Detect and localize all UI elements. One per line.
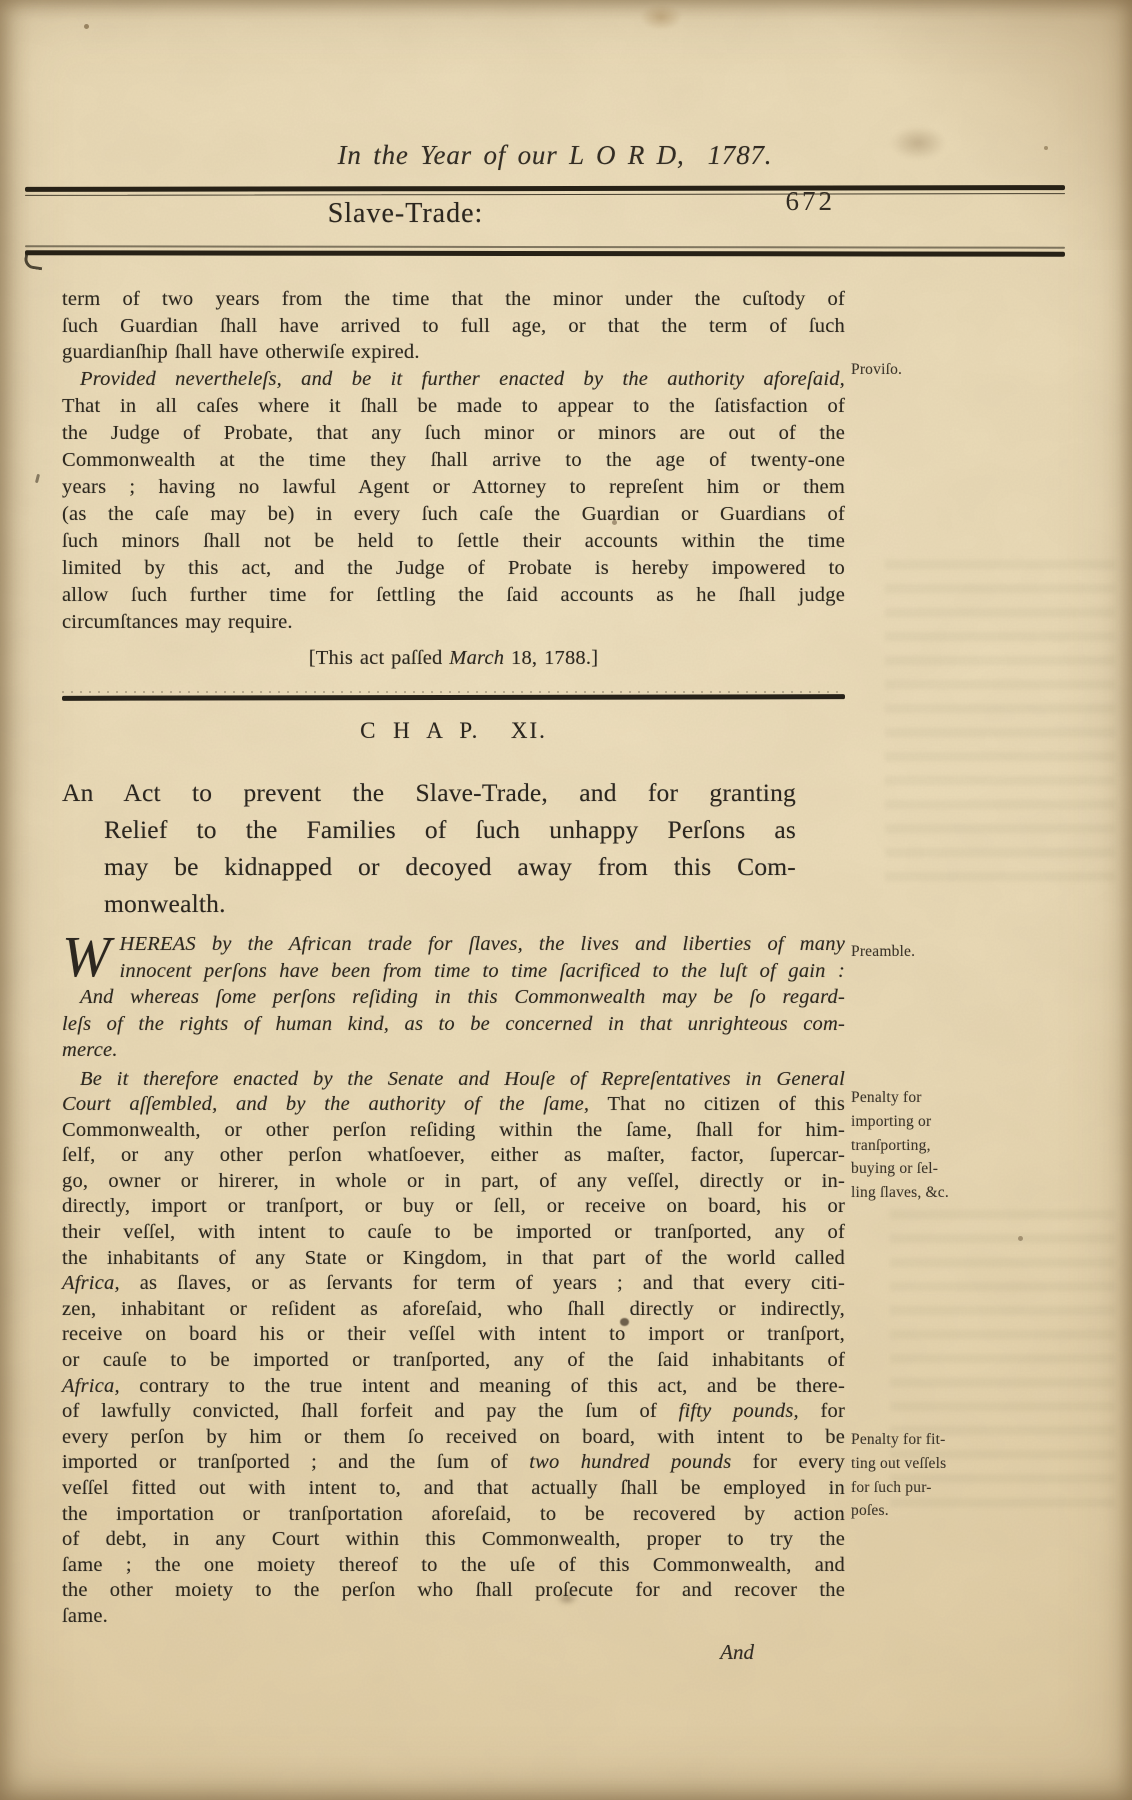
text-line: or cauſe to be imported or tranſported, … — [62, 1348, 845, 1374]
text-line: (as the caſe may be) in every ſuch caſe … — [62, 501, 845, 528]
text-segment: receive on board his or their veſſel wit… — [62, 1323, 845, 1345]
text-line: the inhabitants of any State or Kingdom,… — [62, 1246, 845, 1272]
text-segment: importing or — [851, 1113, 931, 1130]
text-line: Africa, as ſlaves, or as ſervants for te… — [62, 1271, 845, 1297]
text-line: Commonwealth, or other perſon reſiding w… — [62, 1118, 845, 1144]
rule-bar — [25, 250, 1065, 256]
text-line: Penalty for fit- — [851, 1428, 1079, 1452]
text-segment: ſame. — [62, 1605, 108, 1627]
act-passed-line: [This act paſſed March 18, 1788.] — [62, 645, 845, 672]
text-segment: fifty pounds, — [679, 1400, 799, 1422]
text-line: HEREAS by the African trade for ſlaves, … — [62, 931, 845, 958]
text-segment: term of two years from the time that the… — [62, 288, 845, 310]
rule-bar-thin — [25, 193, 1065, 196]
text-segment: ſuch Guardian ſhall have arrived to full… — [62, 315, 845, 337]
text-line: imported or tranſported ; and the ſum of… — [62, 1450, 845, 1476]
text-segment: (as the caſe may be) in every ſuch caſe … — [62, 503, 845, 525]
rule-speckles — [62, 691, 845, 693]
text-line: every perſon by him or them ſo received … — [62, 1425, 845, 1451]
text-segment: the other moiety to the perſon who ſhall… — [62, 1579, 845, 1601]
text-line: go, owner or hirerer, in whole or in par… — [62, 1169, 845, 1195]
text-segment: And whereas ſome perſons reſiding in thi… — [80, 986, 845, 1008]
margin-note-penalty-importing: Penalty forimporting ortranſporting,buyi… — [851, 1086, 1079, 1205]
text-segment: the inhabitants of any State or Kingdom,… — [62, 1247, 845, 1269]
text-segment: Provided nevertheleſs, and be it further… — [80, 368, 845, 390]
text-segment: the Judge of Probate, that any ſuch mino… — [62, 422, 845, 444]
text-line: Be it therefore enacted by the Senate an… — [62, 1067, 845, 1093]
text-segment: March — [449, 647, 504, 669]
text-segment: HEREAS by the African trade for ſlaves, … — [120, 933, 845, 955]
text-line: ſame ; the one moiety thereof to the uſe… — [62, 1553, 845, 1579]
text-line: veſſel fitted out with intent to, and th… — [62, 1476, 845, 1502]
text-segment: may be kidnapped or decoyed away from th… — [104, 852, 796, 881]
text-segment: Commonwealth at the time they ſhall arri… — [62, 449, 845, 471]
year-header: In the Year of our L O R D, 1787. — [0, 140, 1110, 171]
text-segment: merce. — [62, 1039, 118, 1061]
act-title: An Act to prevent the Slave-Trade, and f… — [62, 774, 796, 922]
text-line: the importation or tranſportation aforeſ… — [62, 1502, 845, 1528]
text-line: of lawfully convicted, ſhall forfeit and… — [62, 1399, 845, 1425]
text-segment: of lawfully convicted, ſhall forfeit and… — [62, 1400, 679, 1422]
text-line: Relief to the Families of ſuch unhappy P… — [104, 811, 796, 848]
text-segment: buying or ſel- — [851, 1160, 938, 1177]
preamble-lines: HEREAS by the African trade for ſlaves, … — [62, 931, 845, 984]
rule-bar — [25, 185, 1065, 191]
scanned-book-page: In the Year of our L O R D, 1787. Slave-… — [0, 0, 1132, 1800]
ink-speck — [84, 24, 89, 29]
text-segment: veſſel fitted out with intent to, and th… — [62, 1477, 845, 1499]
text-segment: Africa, — [62, 1272, 120, 1294]
text-line: of debt, in any Court within this Common… — [62, 1527, 845, 1553]
text-line: directly, import or tranſport, or buy or… — [62, 1194, 845, 1220]
text-line: guardianſhip ſhall have otherwiſe expire… — [62, 339, 845, 366]
text-line: merce. — [62, 1037, 845, 1064]
text-line: ling ſlaves, &c. — [851, 1181, 1079, 1205]
text-segment: two hundred pounds — [529, 1451, 731, 1473]
text-segment: for — [799, 1400, 845, 1422]
text-segment: Be it therefore enacted by the Senate an… — [80, 1068, 845, 1090]
text-segment: allow ſuch further time for ſettling the… — [62, 584, 845, 606]
text-segment: imported or tranſported ; and the ſum of — [62, 1451, 529, 1473]
text-line: allow ſuch further time for ſettling the… — [62, 582, 845, 609]
text-segment: ting out veſſels — [851, 1455, 946, 1472]
preamble-paragraph-2: And whereas ſome perſons reſiding in thi… — [62, 984, 845, 1064]
enacting-paragraph: Be it therefore enacted by the Senate an… — [62, 1067, 845, 1630]
text-line: receive on board his or their veſſel wit… — [62, 1322, 845, 1348]
text-segment: ſuch minors ſhall not be held to ſettle … — [62, 530, 845, 552]
drop-cap-W: W — [62, 931, 120, 980]
text-segment: Commonwealth, or other perſon reſiding w… — [62, 1119, 845, 1141]
text-segment: Court aſſembled, and by the authority of… — [62, 1093, 589, 1115]
text-segment: Proviſo. — [851, 361, 902, 378]
text-line: ſuch Guardian ſhall have arrived to full… — [62, 313, 845, 340]
paragraph-guardianship: term of two years from the time that the… — [62, 286, 845, 366]
stain — [640, 4, 682, 30]
text-segment: That no citizen of this — [589, 1093, 845, 1115]
margin-note-penalty-fitting-out: Penalty for fit-ting out veſſelsfor ſuch… — [851, 1428, 1079, 1523]
rule-end-flourish — [23, 254, 44, 271]
text-line: Africa, contrary to the true intent and … — [62, 1374, 845, 1400]
text-line: ſelf, or any other perſon whatſoever, ei… — [62, 1143, 845, 1169]
text-line: tranſporting, — [851, 1134, 1079, 1158]
text-line: for ſuch pur- — [851, 1476, 1079, 1500]
text-segment: as ſlaves, or as ſervants for term of ye… — [120, 1272, 845, 1294]
double-rule-under-head — [25, 245, 1065, 256]
text-segment: ſelf, or any other perſon whatſoever, ei… — [62, 1144, 845, 1166]
text-line: circumſtances may require. — [62, 609, 845, 636]
text-line: That in all caſes where it ſhall be made… — [62, 393, 845, 420]
text-line: Court aſſembled, and by the authority of… — [62, 1092, 845, 1118]
rule-bar-thin — [25, 245, 1065, 248]
chapter-heading: C H A P. XI. — [62, 716, 845, 746]
text-segment: limited by this act, and the Judge of Pr… — [62, 557, 845, 579]
paragraph-proviso: Provided nevertheleſs, and be it further… — [62, 366, 845, 636]
text-line: leſs of the rights of human kind, as to … — [62, 1011, 845, 1038]
page-number: 672 — [786, 186, 836, 217]
text-segment: [This act paſſed — [309, 647, 450, 669]
text-line: Penalty for — [851, 1086, 1079, 1110]
margin-note-proviso: Proviſo. — [851, 358, 1079, 382]
text-segment: Penalty for — [851, 1089, 922, 1106]
text-segment: their veſſel, with intent to cauſe to be… — [62, 1221, 845, 1243]
text-segment: Relief to the Families of ſuch unhappy P… — [104, 815, 796, 844]
text-segment: 18, 1788.] — [504, 647, 598, 669]
text-segment: leſs of the rights of human kind, as to … — [62, 1013, 845, 1035]
text-line: poſes. — [851, 1499, 1079, 1523]
text-line: Preamble. — [851, 940, 1079, 964]
text-segment: of debt, in any Court within this Common… — [62, 1528, 845, 1550]
preamble-paragraph-1: W HEREAS by the African trade for ſlaves… — [62, 931, 845, 984]
text-line: And whereas ſome perſons reſiding in thi… — [62, 984, 845, 1011]
text-line: An Act to prevent the Slave-Trade, and f… — [62, 774, 796, 811]
text-segment: contrary to the true intent and meaning … — [120, 1375, 845, 1397]
ink-speck — [35, 474, 40, 483]
text-segment: directly, import or tranſport, or buy or… — [62, 1195, 845, 1217]
text-line: may be kidnapped or decoyed away from th… — [104, 848, 796, 885]
text-segment: the importation or tranſportation aforeſ… — [62, 1503, 845, 1525]
bleed-through-ghost — [885, 560, 1115, 890]
text-line: ting out veſſels — [851, 1452, 1079, 1476]
text-segment: Africa, — [62, 1375, 120, 1397]
text-segment: That in all caſes where it ſhall be made… — [62, 395, 845, 417]
text-line: the other moiety to the perſon who ſhall… — [62, 1578, 845, 1604]
text-segment: monwealth. — [104, 889, 226, 918]
text-line: limited by this act, and the Judge of Pr… — [62, 555, 845, 582]
text-line: Commonwealth at the time they ſhall arri… — [62, 447, 845, 474]
text-segment: An Act to prevent the Slave-Trade, and f… — [62, 778, 796, 807]
text-segment: Preamble. — [851, 943, 915, 960]
text-segment: circumſtances may require. — [62, 611, 293, 633]
section-rule — [62, 694, 845, 701]
text-segment: for ſuch pur- — [851, 1479, 932, 1496]
text-line: importing or — [851, 1110, 1079, 1134]
text-line: ſuch minors ſhall not be held to ſettle … — [62, 528, 845, 555]
text-line: [This act paſſed March 18, 1788.] — [62, 645, 845, 672]
text-line: innocent perſons have been from time to … — [62, 958, 845, 985]
text-segment: poſes. — [851, 1502, 889, 1519]
text-segment: go, owner or hirerer, in whole or in par… — [62, 1170, 845, 1192]
ink-speck — [1018, 1236, 1023, 1241]
running-head-row: Slave-Trade: 672 — [62, 198, 845, 240]
text-line: ſame. — [62, 1604, 845, 1630]
text-segment: zen, inhabitant or reſident as aforeſaid… — [62, 1298, 845, 1320]
text-segment: years ; having no lawful Agent or Attorn… — [62, 476, 845, 498]
catchword: And — [62, 1640, 754, 1665]
text-segment: or cauſe to be imported or tranſported, … — [62, 1349, 845, 1371]
text-line: term of two years from the time that the… — [62, 286, 845, 313]
text-line: Proviſo. — [851, 358, 1079, 382]
text-line: Provided nevertheleſs, and be it further… — [62, 366, 845, 393]
text-line: their veſſel, with intent to cauſe to be… — [62, 1220, 845, 1246]
text-segment: Penalty for fit- — [851, 1431, 945, 1448]
double-rule-top — [25, 185, 1065, 196]
text-segment: tranſporting, — [851, 1137, 931, 1154]
text-segment: for every — [731, 1451, 845, 1473]
text-line: years ; having no lawful Agent or Attorn… — [62, 474, 845, 501]
text-line: the Judge of Probate, that any ſuch mino… — [62, 420, 845, 447]
text-segment: ſame ; the one moiety thereof to the uſe… — [62, 1554, 845, 1576]
text-line: buying or ſel- — [851, 1157, 1079, 1181]
text-line: monwealth. — [104, 885, 796, 922]
text-segment: every perſon by him or them ſo received … — [62, 1426, 845, 1448]
text-segment: ling ſlaves, &c. — [851, 1184, 949, 1201]
text-segment: innocent perſons have been from time to … — [120, 960, 845, 982]
text-column: term of two years from the time that the… — [62, 286, 845, 1630]
running-head: Slave-Trade: — [14, 198, 797, 230]
margin-note-preamble: Preamble. — [851, 940, 1079, 964]
text-segment: guardianſhip ſhall have otherwiſe expire… — [62, 341, 420, 363]
text-line: zen, inhabitant or reſident as aforeſaid… — [62, 1297, 845, 1323]
